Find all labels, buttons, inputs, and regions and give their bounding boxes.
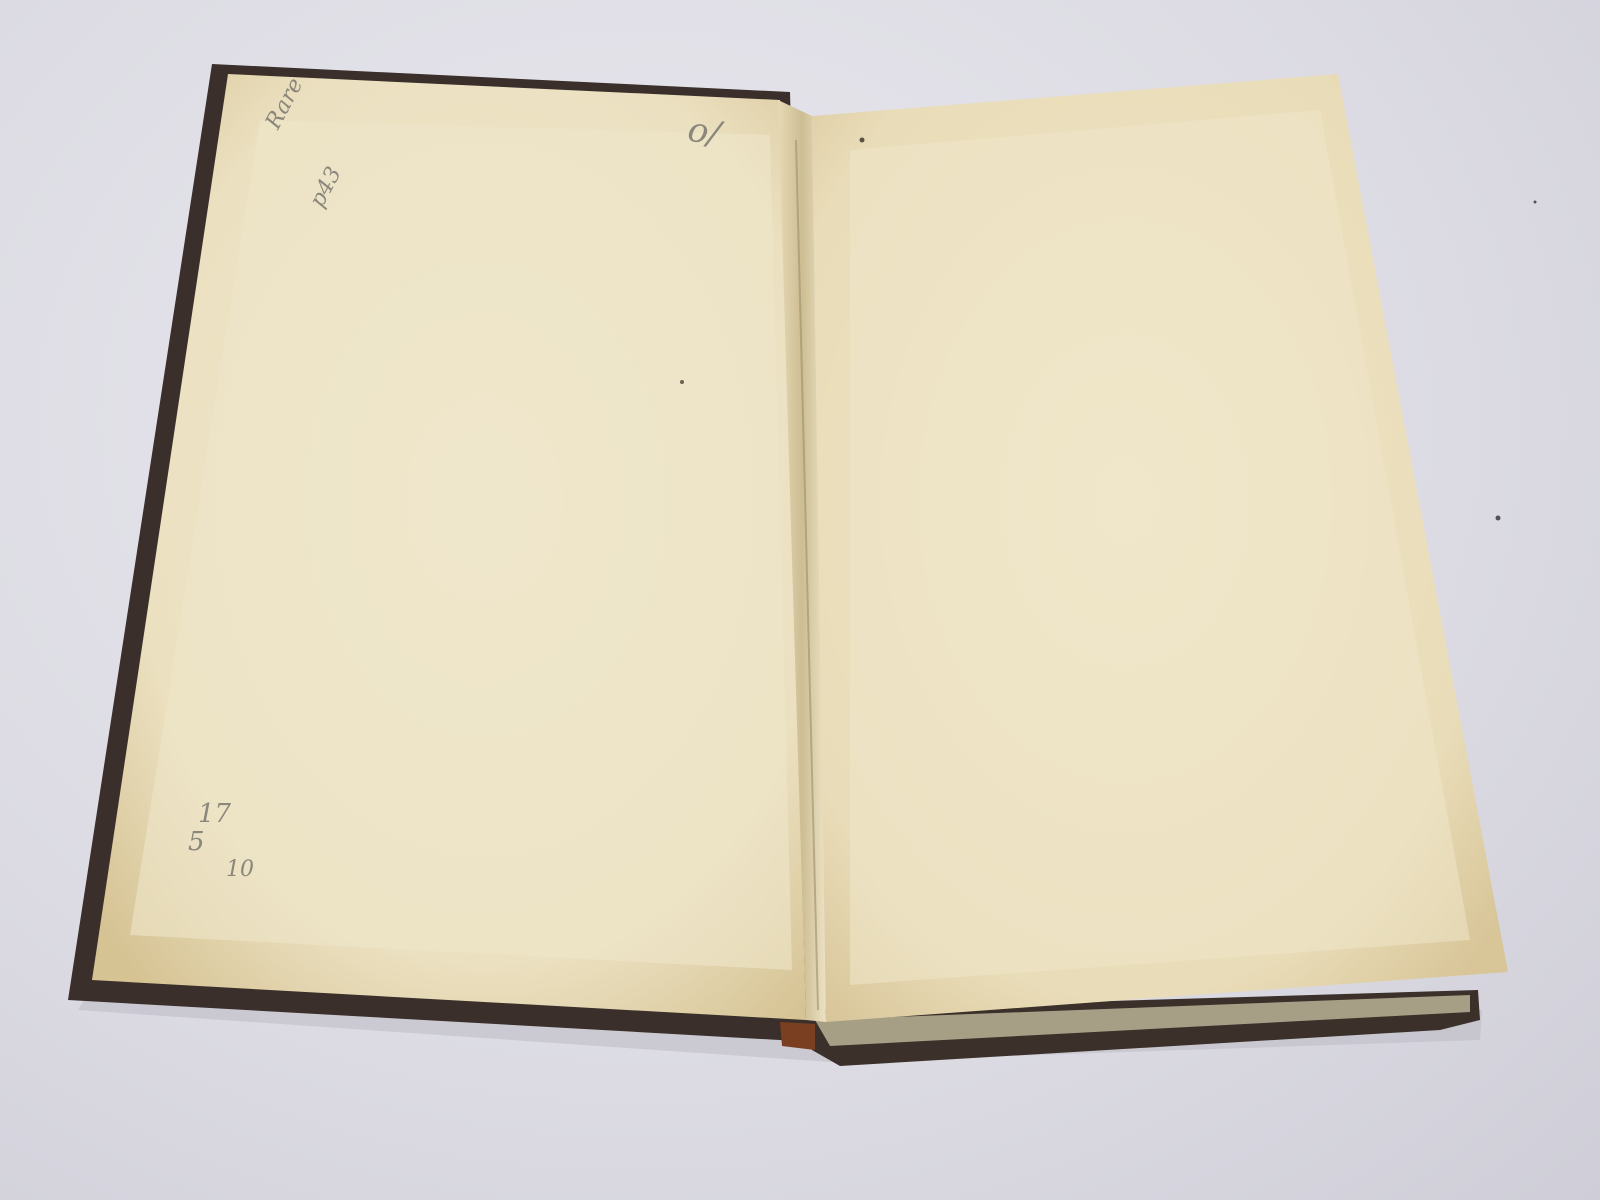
pencil-note-corner-mark: o/: [685, 110, 723, 155]
worn-corner: [780, 1022, 815, 1050]
photo-scene: Rare p43 o/ 17 5 10: [0, 0, 1600, 1200]
fraction-middle: 5: [188, 828, 254, 856]
right-page-inner: [850, 110, 1470, 985]
pencil-note-fraction: 17 5 10: [188, 800, 254, 884]
fraction-bottom: 10: [226, 856, 254, 884]
book-illustration: [0, 0, 1600, 1200]
fraction-top: 17: [198, 800, 254, 828]
